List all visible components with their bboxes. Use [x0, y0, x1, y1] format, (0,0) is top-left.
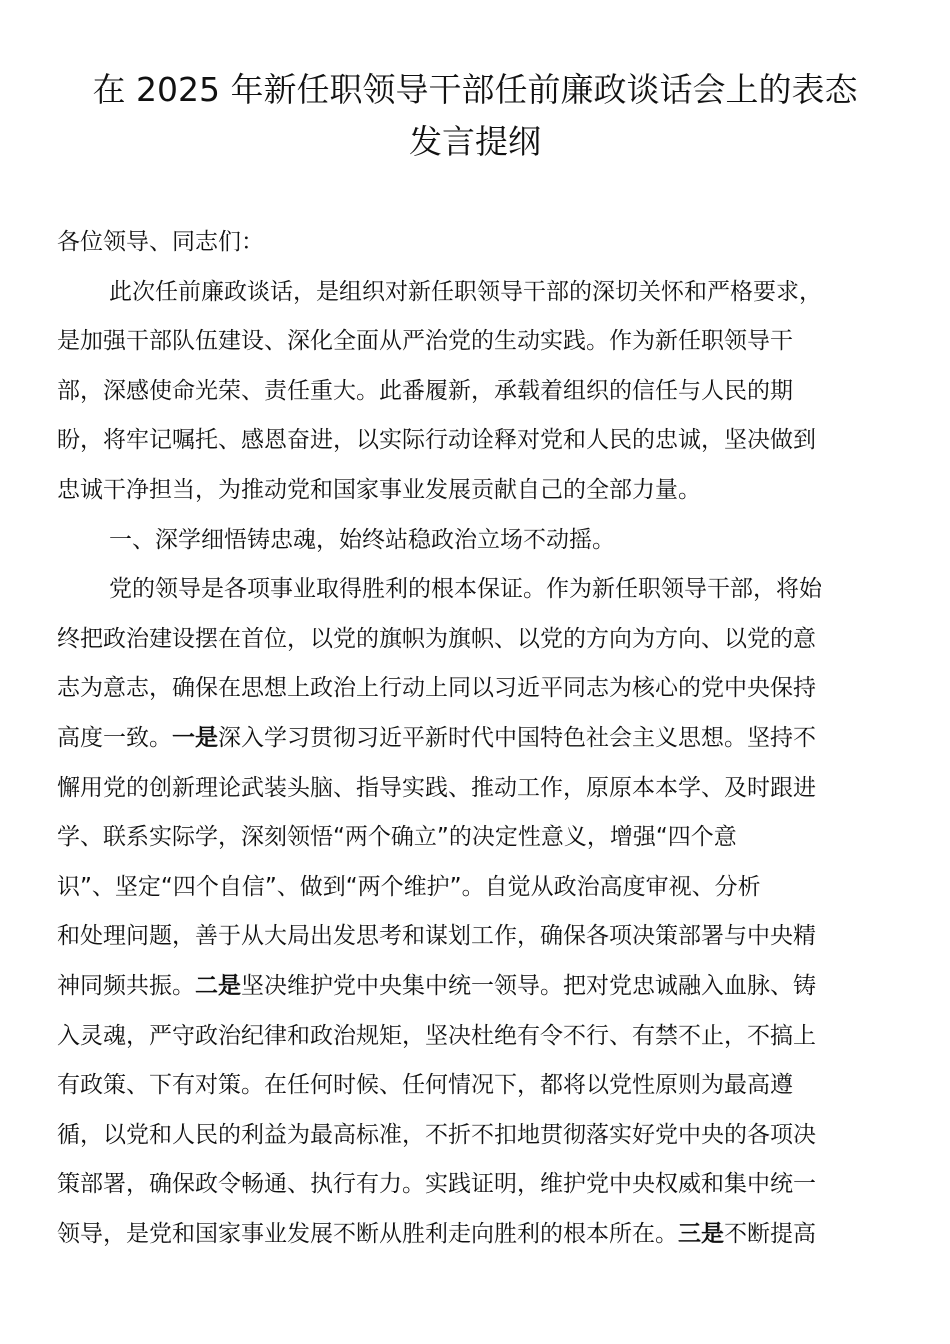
text-segment: 盼，将牢记嘱托、感恩奋进，以实际行动诠释对党和人民的忠诚，坚决做到: [57, 427, 816, 453]
text-segment: 策部署，确保政令畅通、执行有力。实践证明，维护党中央权威和集中统一: [57, 1171, 816, 1197]
text-line: 此次任前廉政谈话，是组织对新任职领导干部的深切关怀和严格要求，: [57, 268, 887, 318]
text-line: 识”、坚定“四个自信”、做到“两个维护”。自觉从政治高度审视、分析: [57, 863, 887, 913]
text-line: 盼，将牢记嘱托、感恩奋进，以实际行动诠释对党和人民的忠诚，坚决做到: [57, 416, 887, 466]
document-page: 在 2025 年新任职领导干部任前廉政谈话会上的表态 发言提纲 各位领导、同志们…: [0, 0, 950, 1344]
salutation: 各位领导、同志们：: [57, 218, 887, 268]
text-line: 领导，是党和国家事业发展不断从胜利走向胜利的根本所在。三是不断提高: [57, 1210, 887, 1260]
text-line: 忠诚干净担当，为推动党和国家事业发展贡献自己的全部力量。: [57, 466, 887, 516]
text-segment: 循，以党和人民的利益为最高标准，不折不扣地贯彻落实好党中央的各项决: [57, 1122, 816, 1148]
text-segment: 志为意志，确保在思想上政治上行动上同以习近平同志为核心的党中央保持: [57, 675, 816, 701]
text-segment: 此次任前廉政谈话，是组织对新任职领导干部的深切关怀和严格要求，: [109, 279, 822, 305]
document-title: 在 2025 年新任职领导干部任前廉政谈话会上的表态 发言提纲: [40, 64, 910, 168]
title-line-1: 在 2025 年新任职领导干部任前廉政谈话会上的表态: [40, 64, 910, 116]
text-segment: 部，深感使命光荣、责任重大。此番履新，承载着组织的信任与人民的期: [57, 378, 793, 404]
text-segment: 领导，是党和国家事业发展不断从胜利走向胜利的根本所在。: [57, 1221, 678, 1247]
text-segment: 一、深学细悟铸忠魂，始终站稳政治立场不动摇。: [109, 527, 615, 553]
text-line: 有政策、下有对策。在任何时候、任何情况下，都将以党性原则为最高遵: [57, 1061, 887, 1111]
text-segment: 学、联系实际学，深刻领悟“两个确立”的决定性意义，增强“四个意: [57, 824, 737, 850]
text-segment: 坚决维护党中央集中统一领导。把对党忠诚融入血脉、铸: [241, 973, 816, 999]
body-lines: 此次任前廉政谈话，是组织对新任职领导干部的深切关怀和严格要求，是加强干部队伍建设…: [57, 268, 887, 1260]
text-segment: 深入学习贯彻习近平新时代中国特色社会主义思想。坚持不: [218, 725, 816, 751]
text-line: 部，深感使命光荣、责任重大。此番履新，承载着组织的信任与人民的期: [57, 367, 887, 417]
text-line: 策部署，确保政令畅通、执行有力。实践证明，维护党中央权威和集中统一: [57, 1160, 887, 1210]
text-line: 志为意志，确保在思想上政治上行动上同以习近平同志为核心的党中央保持: [57, 664, 887, 714]
text-line: 学、联系实际学，深刻领悟“两个确立”的决定性意义，增强“四个意: [57, 813, 887, 863]
text-segment: 不断提高: [724, 1221, 816, 1247]
document-body: 各位领导、同志们： 此次任前廉政谈话，是组织对新任职领导干部的深切关怀和严格要求…: [57, 218, 887, 1259]
text-segment: 和处理问题，善于从大局出发思考和谋划工作，确保各项决策部署与中央精: [57, 923, 816, 949]
text-segment: 入灵魂，严守政治纪律和政治规矩，坚决杜绝有令不行、有禁不止，不搞上: [57, 1023, 816, 1049]
text-line: 高度一致。一是深入学习贯彻习近平新时代中国特色社会主义思想。坚持不: [57, 714, 887, 764]
text-line: 懈用党的创新理论武装头脑、指导实践、推动工作，原原本本学、及时跟进: [57, 764, 887, 814]
text-line: 和处理问题，善于从大局出发思考和谋划工作，确保各项决策部署与中央精: [57, 912, 887, 962]
text-segment: 有政策、下有对策。在任何时候、任何情况下，都将以党性原则为最高遵: [57, 1072, 793, 1098]
text-line: 一、深学细悟铸忠魂，始终站稳政治立场不动摇。: [57, 516, 887, 566]
text-line: 入灵魂，严守政治纪律和政治规矩，坚决杜绝有令不行、有禁不止，不搞上: [57, 1012, 887, 1062]
bold-lead-phrase: 二是: [195, 973, 241, 999]
text-segment: 高度一致。: [57, 725, 172, 751]
text-line: 党的领导是各项事业取得胜利的根本保证。作为新任职领导干部，将始: [57, 565, 887, 615]
text-segment: 终把政治建设摆在首位，以党的旗帜为旗帜、以党的方向为方向、以党的意: [57, 626, 816, 652]
text-line: 是加强干部队伍建设、深化全面从严治党的生动实践。作为新任职领导干: [57, 317, 887, 367]
bold-lead-phrase: 三是: [678, 1221, 724, 1247]
text-segment: 是加强干部队伍建设、深化全面从严治党的生动实践。作为新任职领导干: [57, 328, 793, 354]
bold-lead-phrase: 一是: [172, 725, 218, 751]
text-line: 神同频共振。二是坚决维护党中央集中统一领导。把对党忠诚融入血脉、铸: [57, 962, 887, 1012]
text-segment: 神同频共振。: [57, 973, 195, 999]
text-segment: 识”、坚定“四个自信”、做到“两个维护”。自觉从政治高度审视、分析: [57, 874, 761, 900]
text-segment: 党的领导是各项事业取得胜利的根本保证。作为新任职领导干部，将始: [109, 576, 822, 602]
title-line-2: 发言提纲: [40, 116, 910, 168]
text-segment: 忠诚干净担当，为推动党和国家事业发展贡献自己的全部力量。: [57, 477, 701, 503]
text-line: 终把政治建设摆在首位，以党的旗帜为旗帜、以党的方向为方向、以党的意: [57, 615, 887, 665]
text-line: 循，以党和人民的利益为最高标准，不折不扣地贯彻落实好党中央的各项决: [57, 1111, 887, 1161]
text-segment: 懈用党的创新理论武装头脑、指导实践、推动工作，原原本本学、及时跟进: [57, 775, 816, 801]
